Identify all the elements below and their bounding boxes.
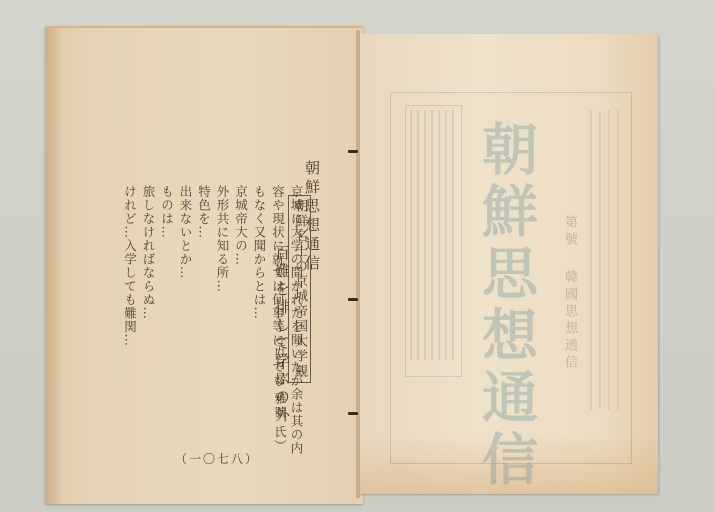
staple-mark <box>348 298 358 301</box>
body-text: 京城に大学の開かれたを聞いたが余は其の内容や現状に就ては何事等にしても もなく又… <box>70 185 305 455</box>
body-column: 出来ないとか… <box>176 185 195 455</box>
body-column: けれど…入学しても難関… <box>120 185 139 455</box>
body-column: 京城に大学の開かれたを聞いたが余は其の内容や現状に就ては何事等にしても <box>268 185 305 455</box>
binding-spine <box>356 30 360 498</box>
staple-mark <box>348 150 358 153</box>
faded-note: 第號 <box>560 215 579 249</box>
body-column: もなく又聞からとは… <box>250 185 269 455</box>
body-column: 京城帝大の… <box>231 185 250 455</box>
body-column: 特色を… <box>194 185 213 455</box>
faded-title: 朝鮮思想通信 <box>476 120 536 492</box>
faded-text-lines <box>590 110 620 410</box>
staple-mark <box>348 412 358 415</box>
body-column: ものは… <box>157 185 176 455</box>
page-number: （一〇七八） <box>175 450 259 467</box>
faded-subtitle: 韓國思想通信 <box>560 270 579 372</box>
faded-text-lines <box>410 110 455 360</box>
body-column: 旅しなければならぬ… <box>139 185 158 455</box>
body-column: 外形共に知る所… <box>213 185 232 455</box>
